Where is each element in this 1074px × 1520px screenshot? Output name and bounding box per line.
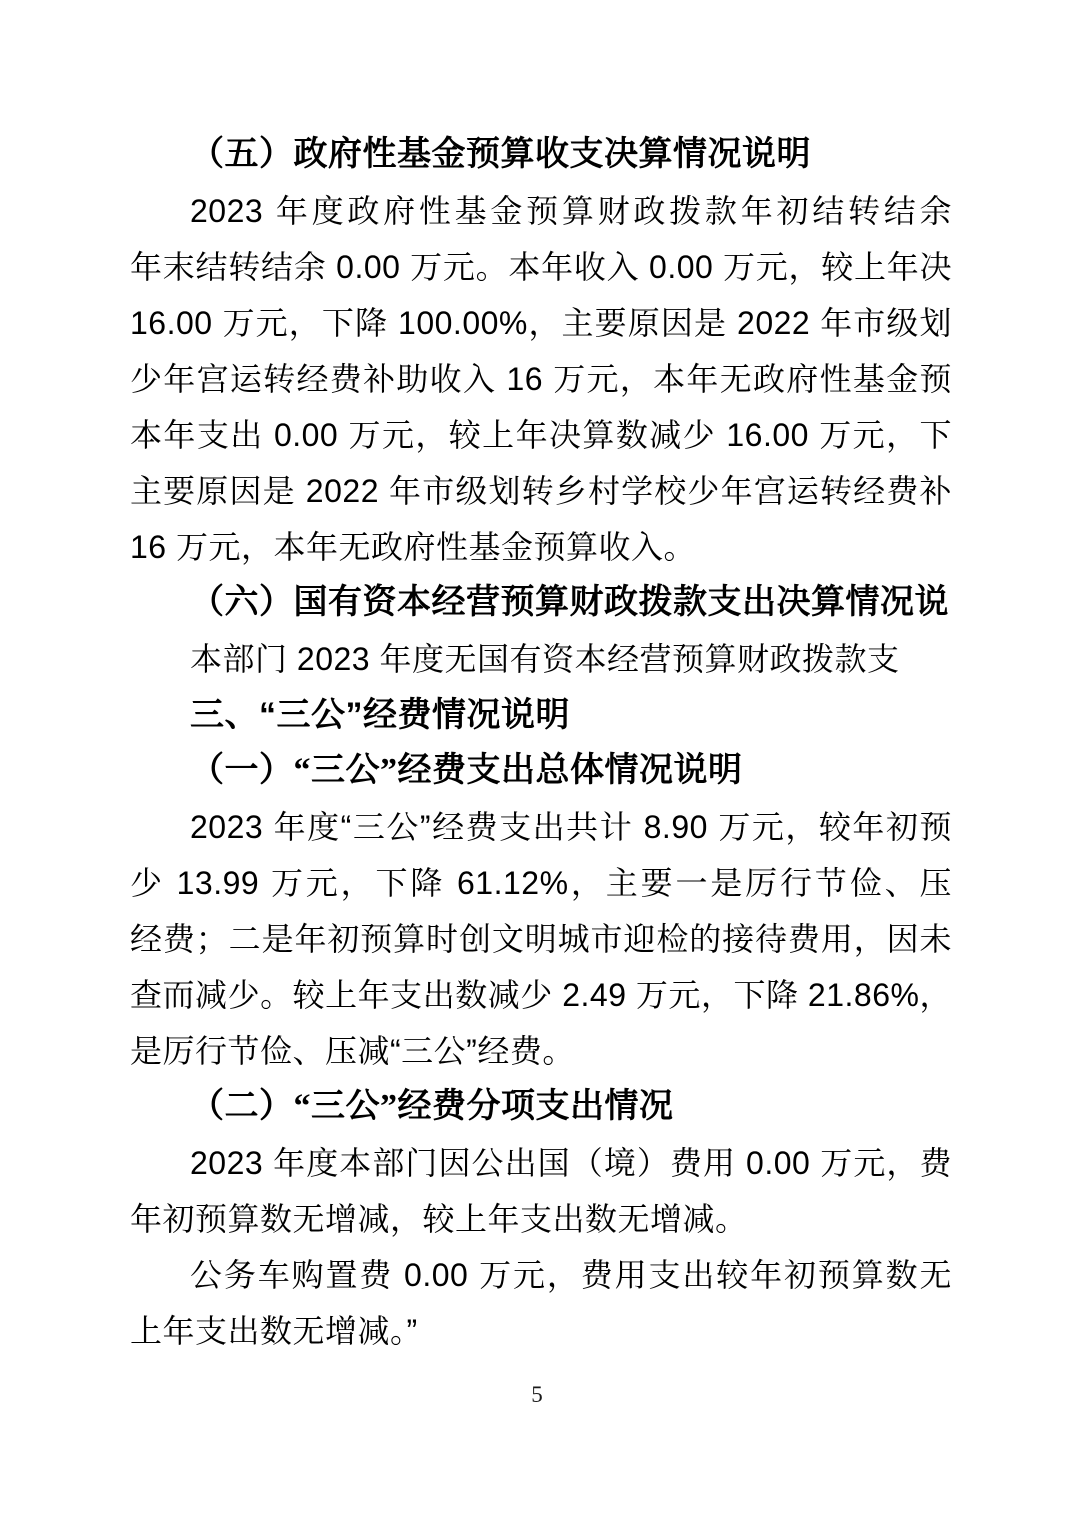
text-line: 是厉行节俭、压减“三公”经费。 <box>130 1023 952 1079</box>
text-line: 2023 年度政府性基金预算财政拨款年初结转结余 0.00 万元， <box>130 183 952 239</box>
text-line: 公务车购置费 0.00 万元，费用支出较年初预算数无增减，较 <box>130 1247 952 1303</box>
text-line: 本部门 2023 年度无国有资本经营预算财政拨款支出。 <box>130 631 952 687</box>
text-line: 查而减少。较上年支出数减少 2.49 万元，下降 21.86%，主要原因 <box>130 967 952 1023</box>
text-line: 少年宫运转经费补助收入 16 万元，本年无政府性基金预算收入。 <box>130 351 952 407</box>
text-line: 16 万元，本年无政府性基金预算收入。 <box>130 519 952 575</box>
text-line: 年末结转结余 0.00 万元。本年收入 0.00 万元，较上年决算数减少 <box>130 239 952 295</box>
text-line: 主要原因是 2022 年市级划转乡村学校少年宫运转经费补助收入 <box>130 463 952 519</box>
text-line: 2023 年度本部门因公出国（境）费用 0.00 万元，费用支出较 <box>130 1135 952 1191</box>
text-line: 16.00 万元，下降 100.00%，主要原因是 2022 年市级划转乡村学校 <box>130 295 952 351</box>
section-heading: （五）政府性基金预算收支决算情况说明 <box>130 127 952 183</box>
text-line: 少 13.99 万元，下降 61.12%，主要一是厉行节俭、压减“三公” <box>130 855 952 911</box>
section-heading: 三、“三公”经费情况说明 <box>130 687 952 743</box>
text-line: 经费；二是年初预算时创文明城市迎检的接待费用，因未接受检 <box>130 911 952 967</box>
text-line: 年初预算数无增减，较上年支出数无增减。 <box>130 1191 952 1247</box>
page-body: （五）政府性基金预算收支决算情况说明2023 年度政府性基金预算财政拨款年初结转… <box>130 127 952 1359</box>
text-line: 上年支出数无增减。” <box>130 1303 952 1359</box>
text-line: 本年支出 0.00 万元，较上年决算数减少 16.00 万元，下降 100.00… <box>130 407 952 463</box>
section-heading: （二）“三公”经费分项支出情况 <box>130 1079 952 1135</box>
section-heading: （一）“三公”经费支出总体情况说明 <box>130 743 952 799</box>
page-number: 5 <box>0 1380 1074 1410</box>
section-heading: （六）国有资本经营预算财政拨款支出决算情况说明 <box>130 575 952 631</box>
document-page: （五）政府性基金预算收支决算情况说明2023 年度政府性基金预算财政拨款年初结转… <box>0 0 1074 1520</box>
text-line: 2023 年度“三公”经费支出共计 8.90 万元，较年初预算数减 <box>130 799 952 855</box>
